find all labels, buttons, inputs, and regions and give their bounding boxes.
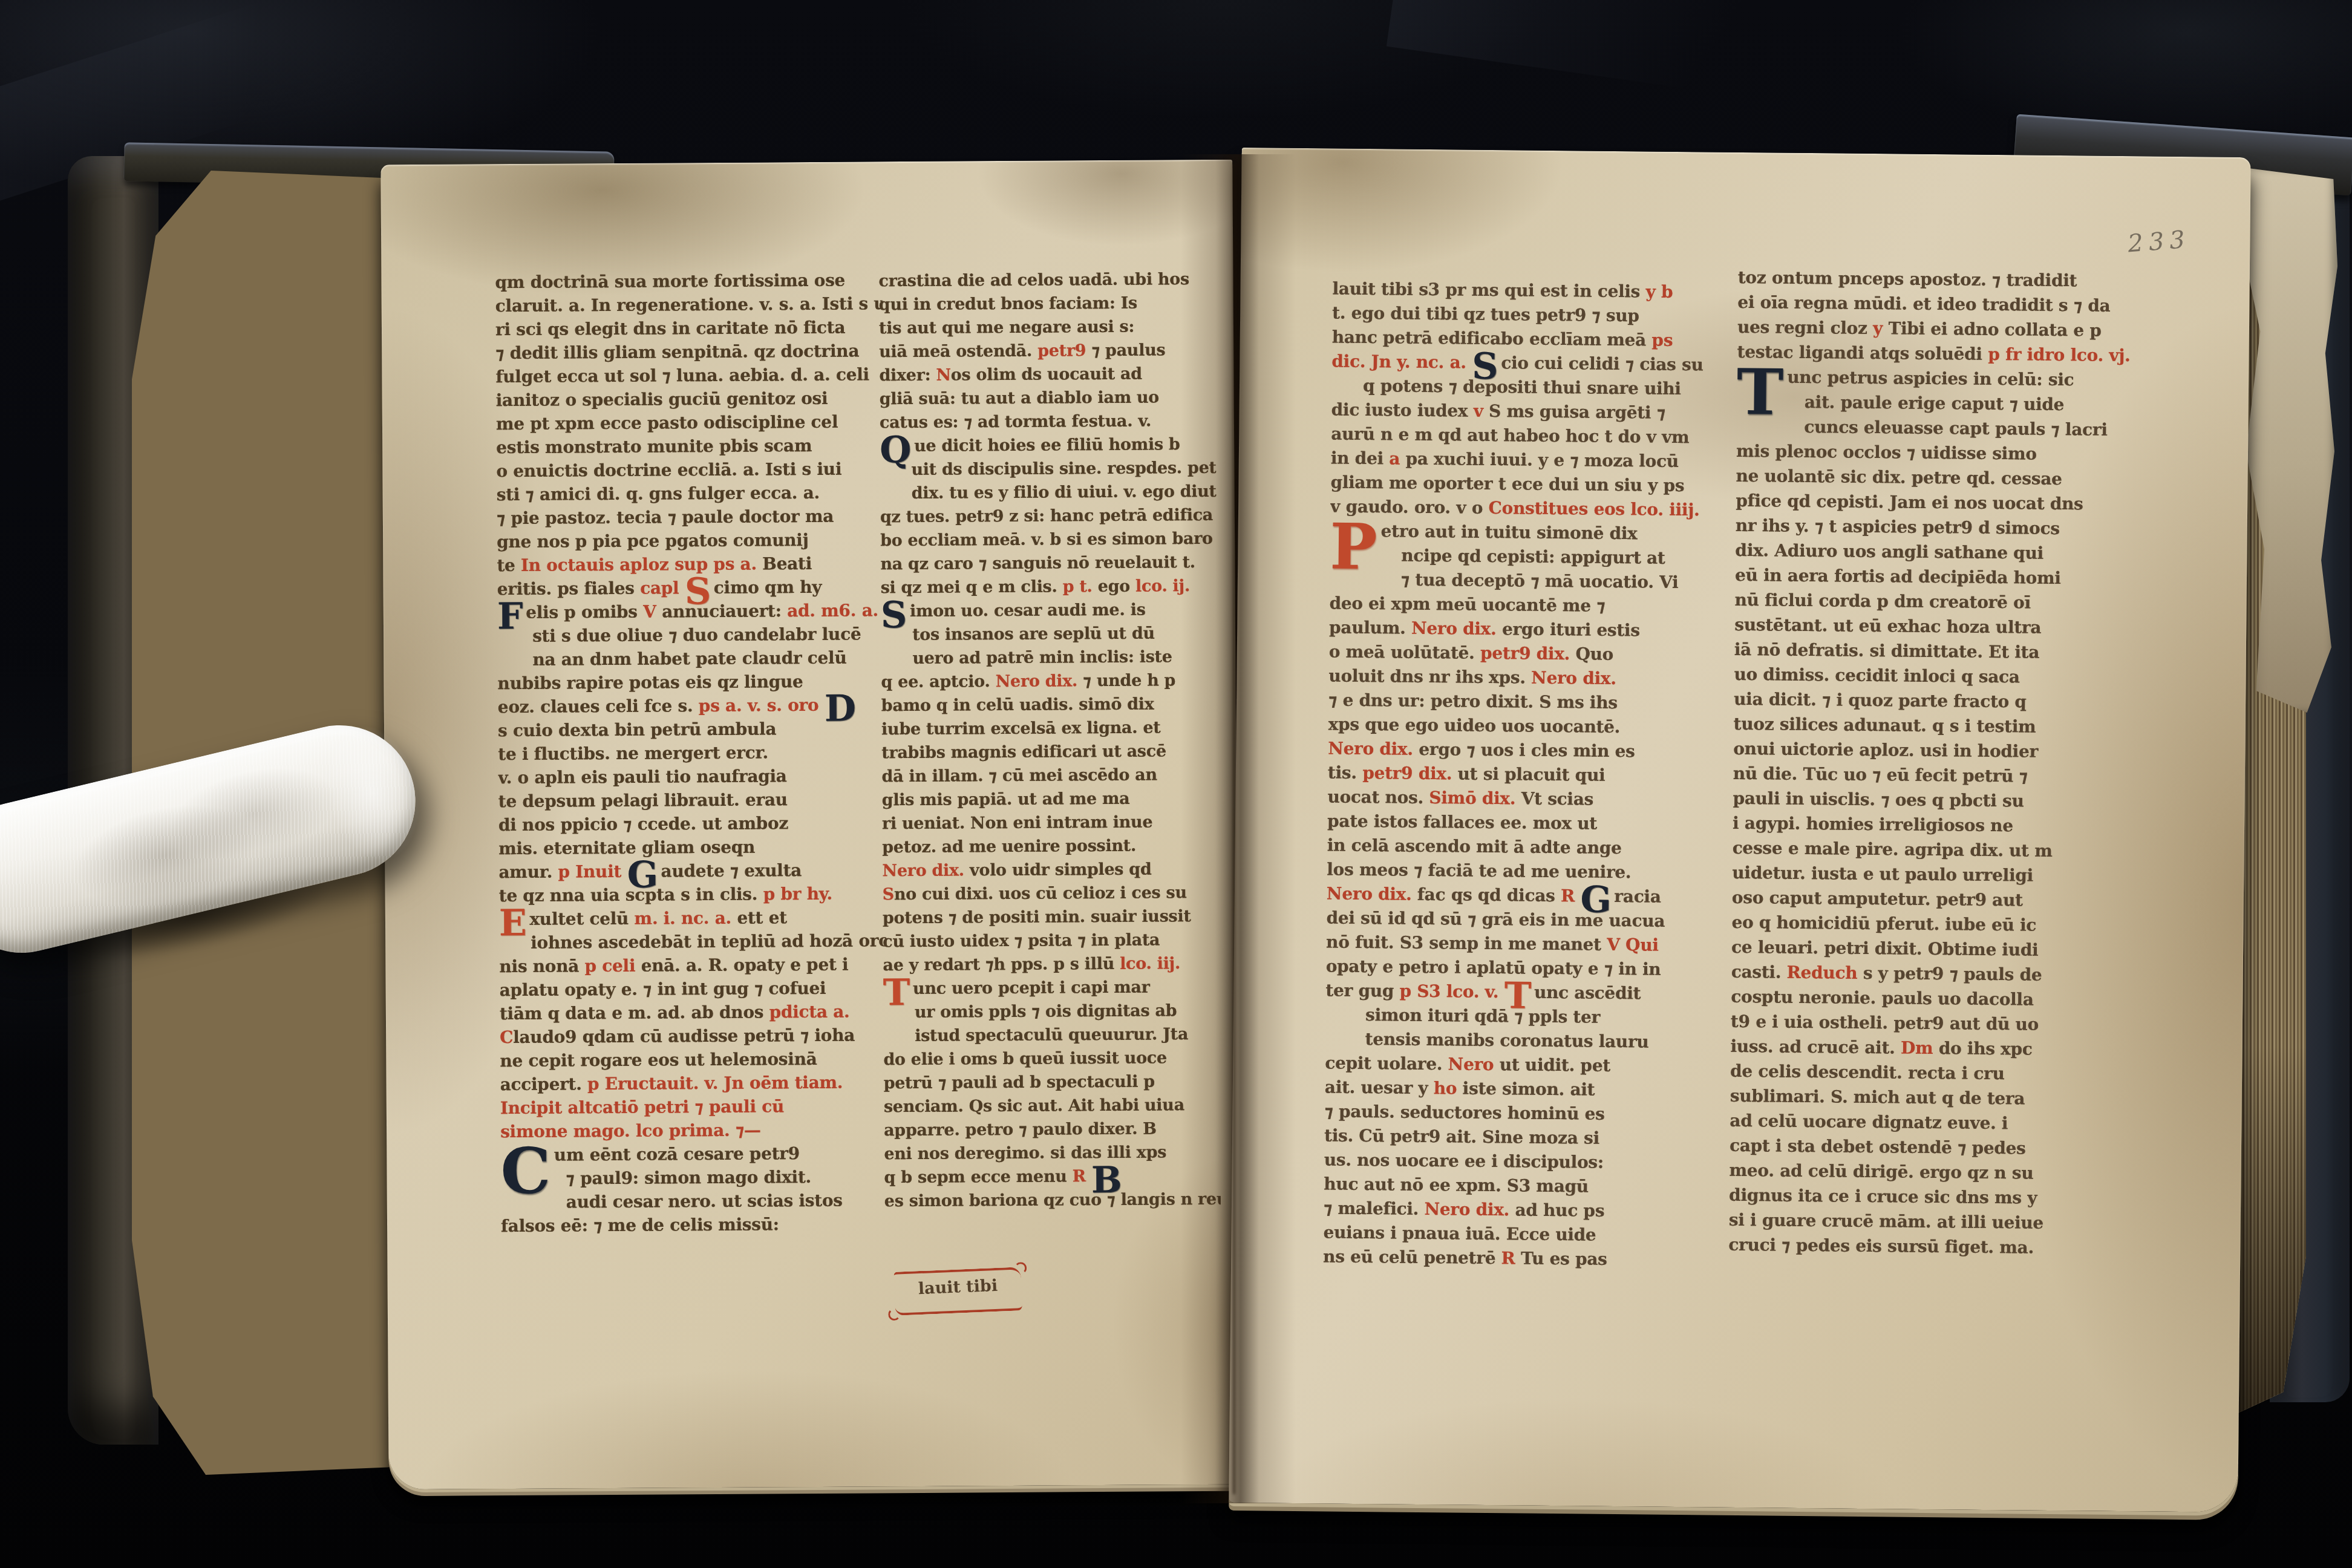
gutter-crease-line: [1233, 163, 1235, 1494]
text-line: petoz. ad me uenire possint.: [882, 834, 1218, 859]
text-line: accipert. p Eructauit. v. Jn oēm tiam.: [500, 1070, 887, 1096]
text-line: cosptu neronie. pauls uo dacolla: [1731, 984, 2124, 1013]
text-line: Petro aut in tuitu simonē dix: [1330, 518, 1717, 546]
text-line: glis mis papiā. ut ad me ma: [882, 786, 1218, 812]
text-line: tis. petr9 dix. ut si placuit qui: [1328, 760, 1715, 788]
text-line: ianitoz o specialis guciū genitoz osi: [496, 386, 883, 412]
text-line: simone mago. lco prima. ⁊—: [500, 1117, 887, 1143]
text-line: ⁊ malefici. Nero dix. ad huc ps: [1324, 1196, 1711, 1224]
text-line: bo eccliam meā. v. b si es simon baro: [880, 527, 1217, 552]
text-line: uero ad patrē min inclis: iste: [881, 645, 1217, 670]
text-line: nr ihs y. ⁊ t aspicies petr9 d simocs: [1736, 513, 2129, 541]
text-line: cepit uolare. Nero ut uidit. pet: [1325, 1051, 1712, 1079]
text-line: eo q homicidiū pferut. iube eū ic: [1731, 910, 2125, 938]
text-line: crastina die ad celos uadā. ubi hos: [878, 267, 1215, 293]
text-line: tis. Cū petr9 ait. Sine moza si: [1324, 1123, 1711, 1151]
text-line: cuncs eleuasse capt pauls ⁊ lacri: [1736, 414, 2129, 442]
text-line: eoz. claues celi fce s. ps a. v. s. oro …: [498, 693, 885, 719]
text-line: de celis descendit. recta i cru: [1730, 1059, 2123, 1087]
text-line: ⁊ dedit illis gliam senpitnā. qz doctrin…: [495, 339, 883, 365]
text-line: in celā ascendo mit ā adte ange: [1327, 833, 1714, 861]
text-line: eni nos deregimo. si das illi xps: [884, 1140, 1220, 1166]
text-line: us. nos uocare ee i discipulos:: [1324, 1148, 1711, 1175]
text-line: bamo q in celū uadis. simō dix: [881, 692, 1218, 717]
text-line: q b sepm ecce menu R B: [884, 1164, 1220, 1189]
text-line: ei oīa regna mūdi. et ideo tradidit s ⁊ …: [1737, 290, 2131, 318]
text-line: Tunc uero pcepit i capi mar: [883, 975, 1220, 1001]
text-line: lauit tibi s3 pr ms qui est in celis y b: [1332, 276, 1719, 304]
text-line: hanc petrā edificabo ecclīam meā ps: [1332, 325, 1719, 353]
text-line: qui in credut bnos faciam: Is: [879, 291, 1215, 316]
text-line: onui uictorie aploz. usi in hodier: [1733, 736, 2126, 765]
text-line: gliam me oporter t ece dui un siu y ps: [1330, 470, 1717, 498]
text-line: aurū n e m qd aut habeo hoc t do v vm: [1331, 422, 1718, 449]
text-line: na qz caro ⁊ sanguis nō reuelauit t.: [880, 550, 1217, 576]
text-line: estis monstrato munite pbis scam: [496, 433, 883, 459]
text-line: te i fluctibs. ne mergert ercr.: [498, 740, 885, 766]
text-line: tensis manibs coronatus lauru: [1325, 1027, 1712, 1054]
catchword-cartouche: lauit tibi: [893, 1267, 1022, 1316]
text-line: deo ei xpm meū uocantē me ⁊: [1329, 591, 1716, 619]
text-line: pate istos fallaces ee. mox ut: [1327, 809, 1714, 837]
text-line: xps que ego uideo uos uocantē.: [1328, 712, 1715, 740]
text-line: istud spectaculū queuurur. Jta: [883, 1022, 1220, 1048]
text-column-left-2: crastina die ad celos uadā. ubi hosqui i…: [878, 267, 1221, 1267]
text-line: claruit. a. In regeneratione. v. s. a. I…: [495, 292, 883, 318]
text-line: testac ligandi atqs soluēdi p fr idro lc…: [1737, 339, 2130, 368]
text-line: ri ueniat. Non eni intram inue: [882, 810, 1218, 835]
text-line: dic. Jn y. nc. a. Scio cui celidi ⁊ cias…: [1331, 349, 1719, 377]
text-line: Exultet celū m. i. nc. a. ett et: [499, 905, 886, 931]
text-line: uit ds discipulis sine. respdes. petr9: [880, 456, 1216, 482]
text-line: ait. paule erige caput ⁊ uide: [1737, 389, 2130, 417]
text-line: apparre. petro ⁊ paulo dixer. B: [884, 1117, 1220, 1142]
manuscript-photograph: qm doctrinā sua morte fortissima oseclar…: [0, 0, 2352, 1568]
text-line: q ee. aptcio. Nero dix. ⁊ unde h p: [881, 668, 1217, 694]
text-line: los meos ⁊ faciā te ad me uenire.: [1327, 857, 1714, 885]
text-line: catus es: ⁊ ad tormta festua. v.: [880, 409, 1216, 434]
text-line: trabibs magnis edificari ut ascē: [881, 739, 1218, 765]
text-line: cū iusto uidex ⁊ psita ⁊ in plata: [883, 928, 1219, 953]
text-line: aplatu opaty e. ⁊ in int gug ⁊ cofuei: [500, 976, 887, 1002]
text-line: i agypi. homies irreligiosos ne: [1733, 811, 2126, 839]
text-line: ⁊ tua deceptō ⁊ mā uocatio. Vi: [1330, 567, 1717, 595]
text-line: Nero dix. fac qs qd dicas R Gracia: [1327, 881, 1714, 909]
text-line: Nero dix. volo uidr simples qd: [882, 857, 1218, 883]
text-line: t9 e i uia ostheli. petr9 aut dū uo: [1731, 1009, 2124, 1037]
text-line: amur. p Inuit Gaudete ⁊ exulta: [498, 858, 886, 884]
text-line: capt i sta debet ostendē ⁊ pedes: [1730, 1133, 2123, 1161]
text-line: o meā uolūtatē. petr9 dix. Quo: [1329, 639, 1716, 667]
text-line: sti s due oliue ⁊ duo candelabr lucē: [497, 622, 884, 648]
text-line: v. o apln eis pauli tio naufragia: [498, 763, 885, 789]
text-line: cesse e male pire. agripa dix. ut m: [1733, 835, 2126, 864]
text-line: meo. ad celū dirigē. ergo qz n su: [1729, 1158, 2122, 1186]
text-column-right-1: lauit tibi s3 pr ms qui est in celis y b…: [1322, 276, 1719, 1308]
text-line: ⁊ pauls. seductores hominū es: [1324, 1099, 1711, 1127]
text-line: nis nonā p celi enā. a. R. opaty e pet i: [499, 952, 886, 978]
text-line: q potens ⁊ depositi thui snare uihi: [1331, 373, 1719, 401]
text-line: o enuictis doctrine eccliā. a. Isti s iu…: [496, 457, 883, 483]
text-line: ns eū celū penetrē R Tu es pas: [1323, 1244, 1710, 1272]
text-line: Tunc petrus aspicies in celū: sic: [1737, 364, 2130, 393]
text-line: uoluit dns nr ihs xps. Nero dix.: [1328, 664, 1716, 691]
text-line: cruci ⁊ pedes eis sursū figet. ma.: [1728, 1232, 2122, 1261]
text-line: ait. uesar y ho iste simon. ait: [1325, 1075, 1712, 1103]
left-page: qm doctrinā sua morte fortissima oseclar…: [381, 160, 1240, 1490]
text-line: falsos eē: ⁊ me de celis missū:: [501, 1212, 888, 1238]
text-line: potens ⁊ de positi min. suair iussit: [883, 904, 1219, 930]
text-line: nū ficlui corda p dm creatorē oī: [1734, 587, 2128, 616]
text-line: ncipe qd cepisti: appigurt at: [1330, 543, 1717, 570]
text-line: uocat nos. Simō dix. Vt scias: [1327, 785, 1714, 812]
text-line: mis. eternitate gliam oseqn: [498, 834, 886, 860]
catchword-text: lauit tibi: [918, 1270, 998, 1298]
text-line: tis aut qui me negare ausi s:: [879, 315, 1215, 340]
text-line: tos insanos are seplū ut dū: [881, 621, 1217, 647]
text-line: Nero dix. ergo ⁊ uos i cles min es: [1328, 736, 1715, 764]
text-line: di nos ppicio ⁊ ccede. ut amboz: [498, 811, 886, 837]
text-line: Sno cui dixi. uos cū celioz i ces su: [883, 881, 1219, 906]
text-line: Simon uo. cesar audi me. is: [881, 598, 1217, 623]
text-line: ues regni cloz y Tibi ei adno collata e …: [1737, 315, 2131, 343]
text-line: euians i pnaua iuā. Ecce uide: [1323, 1220, 1710, 1248]
text-line: casti. Reduch s y petr9 ⁊ pauls de: [1731, 959, 2125, 988]
text-line: petrū ⁊ pauli ad b spectaculi p: [883, 1070, 1220, 1095]
text-line: ⁊ e dns ur: petro dixit. S ms ihs: [1328, 688, 1716, 716]
text-line: na an dnm habet pate claudr celū: [497, 645, 884, 671]
text-line: gliā suā: tu aut a diablo iam uo: [880, 385, 1216, 411]
text-line: dixer: Nos olim ds uocauit ad: [879, 362, 1215, 387]
text-line: ⁊ paul9: simon mago dixit.: [500, 1165, 887, 1191]
text-line: Cum eēnt cozā cesare petr9: [500, 1141, 887, 1167]
text-line: oso caput amputetur. petr9 aut: [1732, 885, 2125, 913]
text-line: pfice qd cepisti. Jam ei nos uocat dns: [1736, 488, 2129, 517]
text-line: uiā meā ostendā. petr9 ⁊ paulus: [879, 338, 1215, 364]
text-line: qz tues. petr9 z si: hanc petrā edifica: [880, 503, 1217, 529]
text-line: dā in illam. ⁊ cū mei ascēdo an: [881, 763, 1218, 788]
text-line: ⁊ pie pastoz. tecia ⁊ paule doctor ma: [497, 504, 884, 530]
text-line: senciam. Qs sic aut. Ait habi uiua: [884, 1093, 1220, 1119]
text-line: nō fuit. S3 semp in me manet V Qui: [1326, 930, 1713, 958]
text-line: mis plenoc occlos ⁊ uidisse simo: [1736, 439, 2129, 467]
text-line: me pt xpm ecce pasto odiscipline cel: [496, 410, 883, 436]
text-line: ne uolantē sic dix. petre qd. cessae: [1736, 463, 2129, 492]
text-line: sti ⁊ amici di. q. gns fulger ecca. a.: [497, 480, 884, 506]
right-page: 233 lauit tibi s3 pr ms qui est in celis…: [1229, 148, 2250, 1512]
manuscript-book: qm doctrinā sua morte fortissima oseclar…: [0, 0, 2352, 1568]
text-line: sustētant. ut eū exhac hoza ultra: [1734, 612, 2128, 641]
text-line: ce leuari. petri dixit. Obtime iudi: [1731, 935, 2125, 963]
text-line: huc aut nō ee xpm. S3 magū: [1324, 1172, 1711, 1200]
text-line: audi cesar nero. ut scias istos: [501, 1188, 888, 1214]
text-line: Claudo9 qdam cū audisse petrū ⁊ ioha: [500, 1023, 887, 1049]
text-line: pauli in uisclis. ⁊ oes q pbcti su: [1733, 786, 2126, 814]
text-line: iuss. ad crucē ait. Dm do ihs xpc: [1730, 1034, 2123, 1062]
text-line: dic iusto iudex v S ms guisa argēti ⁊: [1331, 397, 1718, 425]
text-line: dignus ita ce i cruce sic dns ms y: [1729, 1183, 2122, 1211]
text-line: paulum. Nero dix. ergo ituri estis: [1329, 615, 1716, 643]
text-line: qm doctrinā sua morte fortissima ose: [495, 268, 882, 294]
text-line: iube turrim excelsā ex ligna. et: [881, 716, 1218, 741]
text-line: te qz nna uia scpta s in clis. p br hy.: [499, 881, 886, 907]
text-line: dix. Adiuro uos angli sathane qui: [1735, 538, 2128, 566]
folio-number: 233: [2127, 226, 2192, 258]
text-line: ter gug p S3 lco. v. Tunc ascēdit: [1325, 978, 1713, 1006]
text-line: Que dicit hoies ee filiū homis b: [880, 433, 1216, 458]
text-line: eritis. ps fiales capl Scimo qm hy: [497, 575, 884, 601]
text-line: t. ego dui tibi qz tues petr9 ⁊ sup: [1332, 301, 1719, 328]
text-line: uia dicit. ⁊ i quoz parte fracto q: [1734, 687, 2127, 715]
text-line: ri sci qs elegit dns in caritate nō fict…: [495, 315, 883, 341]
text-line: uo dimiss. cecidit inloci q saca: [1734, 662, 2127, 690]
text-line: do elie i oms b queū iussit uoce: [883, 1046, 1220, 1071]
text-line: iā nō defratis. si dimittate. Et ita: [1734, 637, 2128, 665]
text-line: ae y redart ⁊h pps. p s illū lco. iij.: [883, 952, 1219, 977]
text-line: sublimari. S. mich aut q de tera: [1730, 1083, 2123, 1112]
text-line: dei sū id qd sū ⁊ grā eis in me uacua: [1326, 906, 1713, 933]
text-line: ur omis ppls ⁊ ois dignitas ab: [883, 999, 1220, 1024]
text-line: es simon bariona qz cuo ⁊ langis n reue: [884, 1187, 1221, 1213]
text-line: te depsum pelagi librauit. erau: [498, 787, 886, 813]
text-line: ad celū uocare dignatz euve. i: [1730, 1108, 2123, 1137]
text-column-left-1: qm doctrinā sua morte fortissima oseclar…: [495, 268, 888, 1305]
text-line: ne cepit rogare eos ut helemosinā: [500, 1047, 887, 1073]
text-line: si qz mei q e m clis. p t. ego lco. ij.: [880, 574, 1217, 599]
text-line: iohnes ascedebāt in tepliū ad hozā oro: [499, 929, 886, 955]
text-line: tuoz silices adunaut. q s i testim: [1733, 711, 2126, 740]
text-line: Incipit altcatiō petri ⁊ pauli cū: [500, 1094, 887, 1120]
text-line: si i guare crucē mām. at illi ueiue: [1729, 1207, 2122, 1236]
text-line: tiām q data e m. ad. ab dnos pdicta a.: [500, 999, 887, 1025]
text-line: dix. tu es y filio di uiui. v. ego diut: [880, 480, 1217, 505]
text-line: uidetur. iusta e ut paulo urreligi: [1732, 860, 2125, 889]
text-line: toz ontum pnceps apostoz. ⁊ tradidit: [1738, 265, 2131, 293]
text-line: in dei a pa xuchi iuui. y e ⁊ moza locū: [1331, 446, 1718, 474]
text-line: v gaudo. oro. v o Constitues eos lco. ii…: [1330, 494, 1717, 522]
text-line: gne nos p pia pce pgatos comunij: [497, 528, 884, 554]
text-line: nū die. Tūc uo ⁊ eū fecit petrū ⁊: [1733, 761, 2126, 789]
text-line: fulget ecca ut sol ⁊ luna. aebia. d. a. …: [495, 362, 883, 388]
text-line: eū in aera fortis ad decipiēda homi: [1735, 563, 2128, 591]
text-column-right-2: toz ontum pnceps apostoz. ⁊ tradiditei o…: [1728, 265, 2131, 1309]
